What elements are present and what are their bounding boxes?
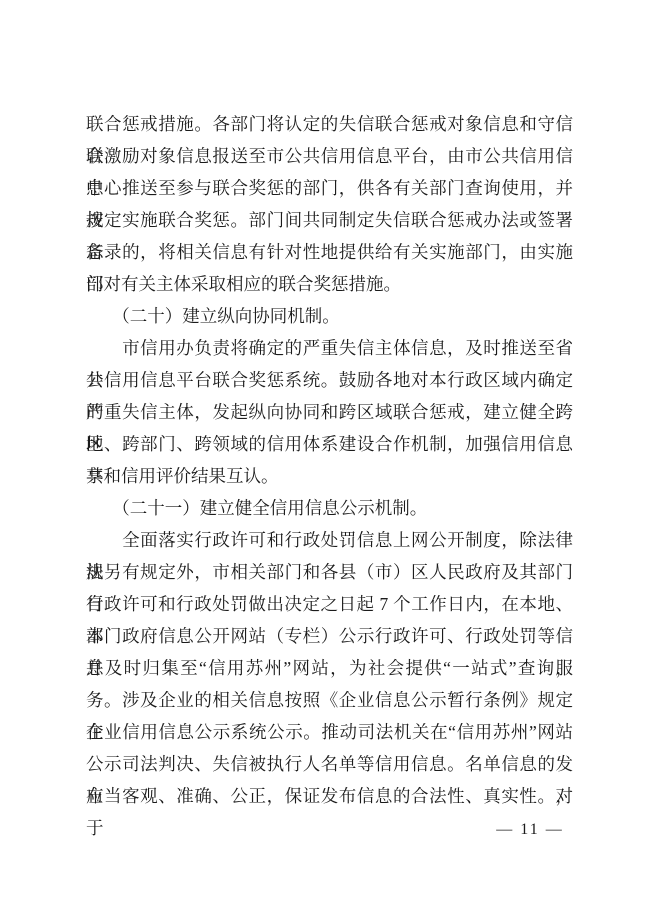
text-line: 市信用办负责将确定的严重失信主体信息，及时推送至省公 [86, 332, 573, 364]
text-line: 规另有规定外，市相关部门和各县（市）区人民政府及其部门自 [86, 556, 573, 588]
page-number: — 11 — [472, 819, 588, 841]
text-line: 应当客观、准确、公正，保证发布信息的合法性、真实性。对于 [86, 780, 573, 812]
section-heading: （二十一）建立健全信用信息公示机制。 [86, 492, 573, 524]
text-line: 公示司法判决、失信被执行人名单等信用信息。名单信息的发布， [86, 748, 573, 780]
text-line: 忘录的，将相关信息有针对性地提供给有关实施部门，由实施部 [86, 236, 573, 268]
section-heading: （二十）建立纵向协同机制。 [86, 300, 573, 332]
text-line: 务。涉及企业的相关信息按照《企业信息公示暂行条例》规定在 [86, 684, 573, 716]
text-line: 严重失信主体，发起纵向协同和跨区域联合惩戒，建立健全跨地 [86, 396, 573, 428]
text-line: 中心推送至参与联合奖惩的部门，供各有关部门查询使用，并按 [86, 172, 573, 204]
text-line: 并及时归集至“信用苏州”网站，为社会提供“一站式”查询服 [86, 652, 573, 684]
text-line: 联合惩戒措施。各部门将认定的失信联合惩戒对象信息和守信联 [86, 108, 573, 140]
text-line: 合激励对象信息报送至市公共信用信息平台，由市公共信用信息 [86, 140, 573, 172]
text-line: 共信用信息平台联合奖惩系统。鼓励各地对本行政区域内确定的 [86, 364, 573, 396]
text-line: 规定实施联合奖惩。部门间共同制定失信联合惩戒办法或签署备 [86, 204, 573, 236]
text-line: 享和信用评价结果互认。 [86, 460, 573, 492]
text-line: 企业信用信息公示系统公示。推动司法机关在“信用苏州”网站 [86, 716, 573, 748]
document-body: 联合惩戒措施。各部门将认定的失信联合惩戒对象信息和守信联 合激励对象信息报送至市… [86, 108, 573, 812]
text-line: 全面落实行政许可和行政处罚信息上网公开制度，除法律法 [86, 524, 573, 556]
text-line: 行政许可和行政处罚做出决定之日起 7 个工作日内，在本地、本 [86, 588, 573, 620]
text-line: 部门政府信息公开网站（专栏）公示行政许可、行政处罚等信息， [86, 620, 573, 652]
text-line: 门对有关主体采取相应的联合奖惩措施。 [86, 268, 573, 300]
text-line: 区、跨部门、跨领域的信用体系建设合作机制，加强信用信息共 [86, 428, 573, 460]
document-page: 联合惩戒措施。各部门将认定的失信联合惩戒对象信息和守信联 合激励对象信息报送至市… [0, 0, 652, 922]
